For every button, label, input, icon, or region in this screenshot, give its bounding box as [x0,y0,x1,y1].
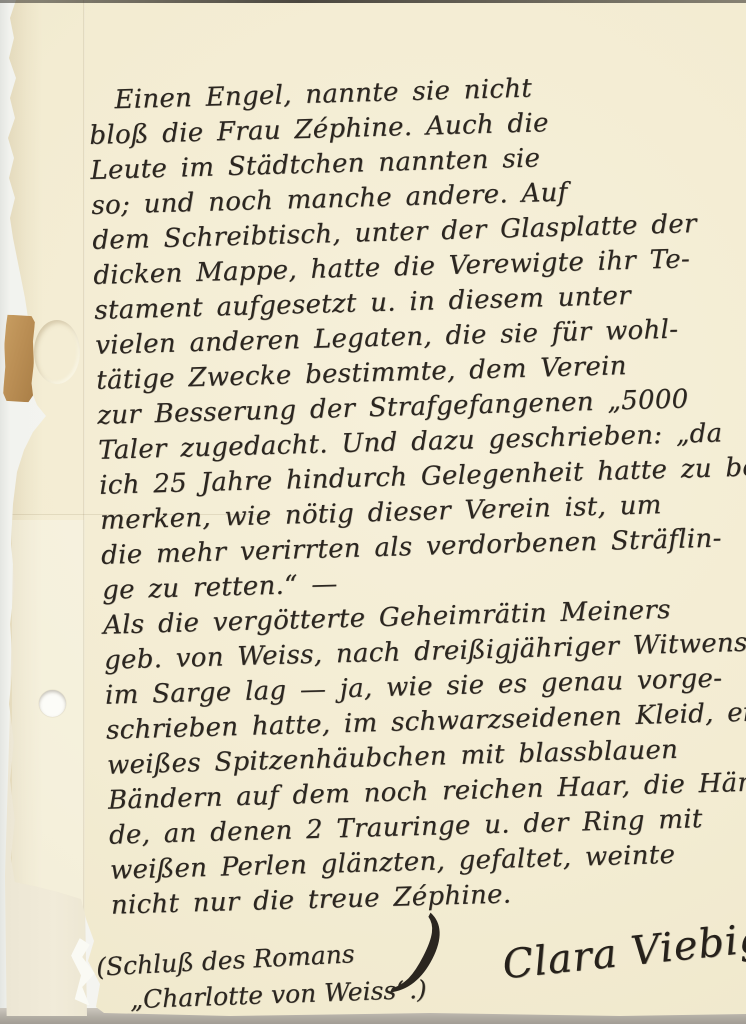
photo-top-edge [0,0,746,3]
author-signature: Clara Viebig. [500,914,746,989]
punch-hole [39,690,66,717]
photographed-letter: Einen Engel, nannte sie nicht bloß die F… [0,0,746,1024]
paper-dent [34,320,80,384]
closing-note-line2: „Charlotte von Weiss“.) [130,975,428,1014]
manuscript-paper: Einen Engel, nannte sie nicht bloß die F… [0,0,746,1024]
manuscript-text: Einen Engel, nannte sie nicht bloß die F… [88,66,746,924]
closing-note-line1: (Schluß des Romans [95,939,355,982]
fold-crease-vertical [83,0,85,1012]
kraft-tape-fragment [3,315,35,403]
